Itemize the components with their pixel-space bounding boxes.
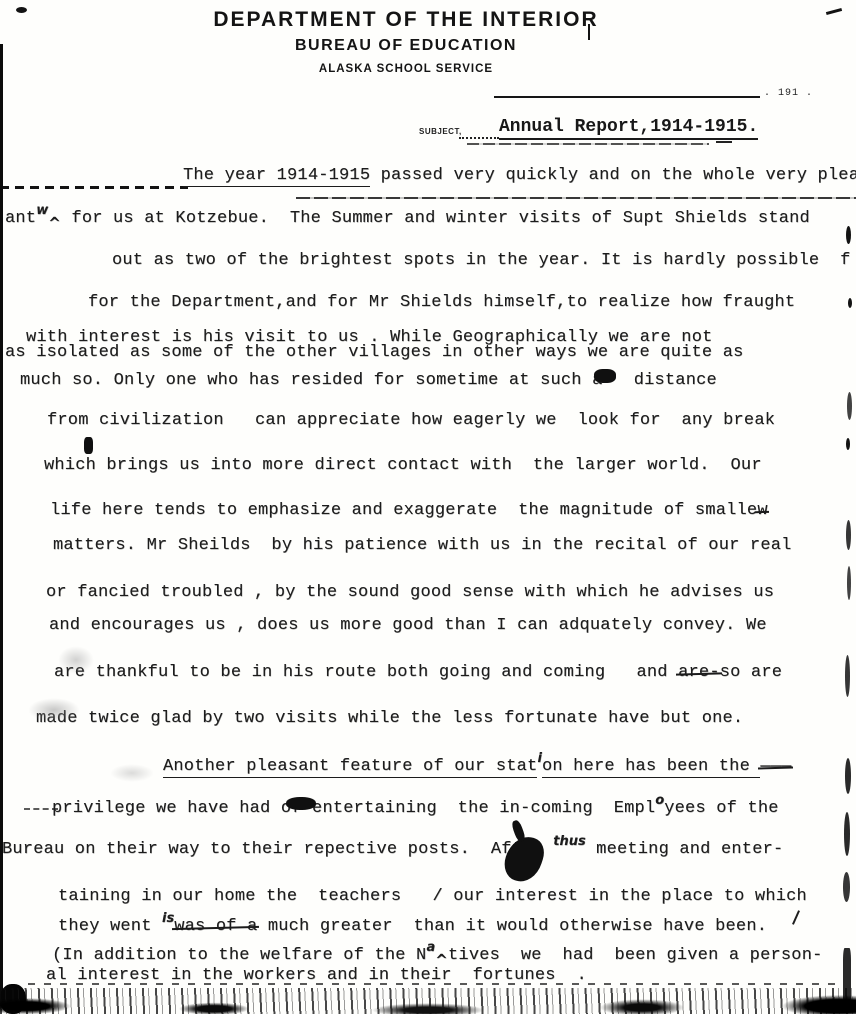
handwritten-insertion: thus (553, 834, 585, 849)
typewritten-line: for the Department,and for Mr Shields hi… (88, 293, 795, 312)
typewritten-line: (In addition to the welfare of the Na^ti… (52, 945, 823, 965)
scan-speckle (848, 298, 852, 308)
subject-underline (467, 143, 709, 145)
typewritten-line: made twice glad by two visits while the … (36, 709, 743, 728)
handwritten-insertion: a (426, 940, 435, 955)
service-subtitle: ALASKA SCHOOL SERVICE (0, 63, 812, 75)
typewritten-line: as isolated as some of the other village… (5, 343, 744, 362)
typewritten-line: life here tends to emphasize and exagger… (50, 501, 768, 520)
typewritten-line: from civilization can appreciate how eag… (47, 411, 775, 430)
left-edge-scan-bar (0, 44, 3, 1006)
handwritten-insertion: w (36, 203, 48, 218)
department-title: DEPARTMENT OF THE INTERIOR (0, 8, 812, 32)
typewritten-line: are thankful to be in his route both goi… (54, 663, 782, 682)
handwritten-insertion: o (655, 793, 664, 808)
scan-speckle (846, 520, 851, 550)
bottom-ruled-line (28, 983, 840, 985)
scan-speckle (844, 812, 850, 856)
typewritten-line: Another pleasant feature of our station … (163, 757, 792, 776)
typewritten-line: antw^ for us at Kotzebue. The Summer and… (5, 208, 810, 228)
typewritten-line: and encourages us , does us more good th… (49, 616, 767, 635)
scan-speckle (588, 24, 590, 40)
ink-blot (594, 369, 616, 383)
handwritten-insertion: i (537, 751, 541, 766)
insertion-caret: ^ (48, 214, 61, 232)
scanned-document-page: DEPARTMENT OF THE INTERIOR BUREAU OF EDU… (0, 0, 856, 1014)
form-rule (0, 186, 188, 189)
scan-speckle (846, 438, 850, 450)
scan-smudge (110, 764, 154, 782)
date-blank-rule (494, 96, 760, 98)
ink-blot (286, 797, 316, 810)
typewritten-line: they went iswas of a much greater than i… (58, 917, 767, 936)
subject-dotted-line (459, 137, 499, 139)
ink-blot (84, 437, 93, 454)
subject-label: SUBJECT, (419, 127, 462, 136)
bottom-noise-band (0, 988, 856, 1014)
typewritten-line: out as two of the brightest spots in the… (112, 251, 851, 270)
typewritten-line: privilege we have had of entertaining th… (52, 799, 779, 818)
scan-speckle (847, 566, 851, 600)
typewritten-line: taining in our home the teachers / our i… (58, 887, 807, 906)
scan-smudge (28, 698, 80, 722)
scan-speckle (846, 226, 851, 244)
typewritten-line: The year 1914-1915 passed very quickly a… (183, 166, 856, 185)
scan-speckle (847, 392, 852, 420)
subject-underline-tail (716, 141, 732, 143)
typewritten-line: or fancied troubled , by the sound good … (46, 583, 774, 602)
handwritten-check-mark (792, 910, 800, 925)
typewritten-line: matters. Mr Sheilds by his patience with… (53, 536, 792, 555)
scan-speckle (16, 7, 27, 13)
typewritten-line: which brings us into more direct contact… (44, 456, 762, 475)
scan-speckle (845, 758, 851, 794)
date-year-stub: . 191 . (764, 88, 813, 99)
subject-value: Annual Report,1914-1915. (499, 117, 758, 140)
handwritten-insertion: is (162, 911, 174, 926)
form-rule (296, 197, 856, 199)
typewritten-line: Bureau on their way to their repective p… (2, 840, 783, 859)
scan-speckle (826, 8, 842, 15)
bureau-subtitle: BUREAU OF EDUCATION (0, 37, 812, 55)
scan-speckle (843, 872, 850, 902)
scan-speckle (845, 655, 850, 697)
letterhead: DEPARTMENT OF THE INTERIOR BUREAU OF EDU… (0, 8, 812, 75)
scan-smudge (58, 646, 94, 674)
